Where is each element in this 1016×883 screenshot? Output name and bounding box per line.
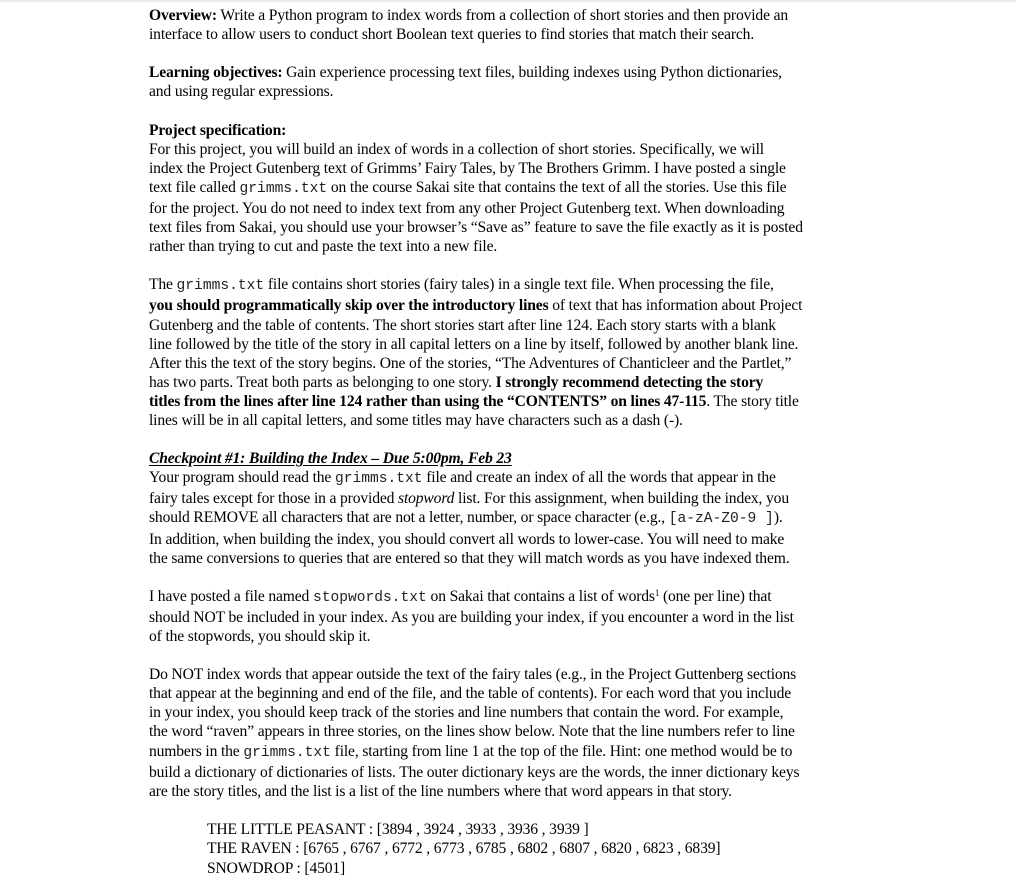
- objectives-paragraph: Learning objectives: Gain experience pro…: [149, 63, 879, 101]
- text: . The story title: [706, 393, 798, 410]
- text: ).: [774, 509, 783, 526]
- example-line: THE LITTLE PEASANT : [3894 , 3924 , 3933…: [207, 820, 879, 839]
- filename-code: grimms.txt: [335, 471, 423, 487]
- text: the word “raven” appears in three storie…: [149, 722, 879, 741]
- text: The: [149, 276, 177, 293]
- objectives-label: Learning objectives:: [149, 64, 282, 81]
- text: that appear at the beginning and end of …: [149, 684, 879, 703]
- spec-line: for the project. You do not need to inde…: [149, 199, 879, 218]
- text: in your index, you should keep track of …: [149, 703, 879, 722]
- text: of the stopwords, you should skip it.: [149, 627, 879, 646]
- text: file and create an index of all the word…: [423, 469, 776, 486]
- text: should NOT be included in your index. As…: [149, 608, 879, 627]
- text: fairy tales except for those in a provid…: [149, 490, 398, 507]
- overview-paragraph: Overview: Write a Python program to inde…: [149, 6, 879, 44]
- text: (one per line) that: [659, 588, 771, 605]
- spec-line: index the Project Gutenberg text of Grim…: [149, 159, 879, 178]
- text: Do NOT index words that appear outside t…: [149, 665, 879, 684]
- filename-code: grimms.txt: [243, 745, 331, 761]
- text: numbers in the: [149, 743, 243, 760]
- stopwords-paragraph: I have posted a file named stopwords.txt…: [149, 587, 879, 646]
- spec-paragraph: Project specification: For this project,…: [149, 121, 879, 257]
- spec-line: on the course Sakai site that contains t…: [327, 179, 786, 196]
- objectives-text-2: and using regular expressions.: [149, 82, 879, 101]
- text: In addition, when building the index, yo…: [149, 530, 879, 549]
- text: of text that has information about Proje…: [549, 297, 803, 314]
- document-page: Overview: Write a Python program to inde…: [149, 6, 879, 878]
- spec-line: text file called: [149, 179, 240, 196]
- overview-label: Overview:: [149, 7, 217, 24]
- filename-code: grimms.txt: [240, 181, 328, 197]
- emphasis-text: I strongly recommend detecting the story: [496, 374, 764, 391]
- emphasis-text: titles from the lines after line 124 rat…: [149, 393, 706, 410]
- filename-code: grimms.txt: [177, 278, 265, 294]
- stopword-italic: stopword: [398, 490, 454, 507]
- file-description-paragraph: The grimms.txt file contains short stori…: [149, 275, 879, 430]
- text: should REMOVE all characters that are no…: [149, 509, 669, 526]
- text: Gutenberg and the table of contents. The…: [149, 316, 879, 335]
- text: After this the text of the story begins.…: [149, 354, 879, 373]
- text: file, starting from line 1 at the top of…: [331, 743, 792, 760]
- text: build a dictionary of dictionaries of li…: [149, 763, 879, 782]
- spec-line: text files from Sakai, you should use yo…: [149, 218, 879, 237]
- objectives-text-1: Gain experience processing text files, b…: [282, 64, 781, 81]
- text: are the story titles, and the list is a …: [149, 782, 879, 801]
- example-line: SNOWDROP : [4501]: [207, 859, 879, 878]
- text: has two parts. Treat both parts as belon…: [149, 374, 496, 391]
- do-not-index-paragraph: Do NOT index words that appear outside t…: [149, 665, 879, 801]
- page-top-edge: [0, 0, 1016, 3]
- text: list. For this assignment, when building…: [454, 490, 789, 507]
- checkpoint-heading: Checkpoint #1: Building the Index – Due …: [149, 449, 879, 468]
- emphasis-text: you should programmatically skip over th…: [149, 297, 549, 314]
- text: line followed by the title of the story …: [149, 335, 879, 354]
- regex-code: [a-zA-Z0-9 ]: [669, 511, 774, 527]
- spec-line: For this project, you will build an inde…: [149, 140, 879, 159]
- text: Your program should read the: [149, 469, 335, 486]
- example-line: THE RAVEN : [6765 , 6767 , 6772 , 6773 ,…: [207, 839, 879, 858]
- spec-heading: Project specification:: [149, 121, 879, 140]
- checkpoint-paragraph: Checkpoint #1: Building the Index – Due …: [149, 449, 879, 568]
- text: I have posted a file named: [149, 588, 313, 605]
- raven-example-block: THE LITTLE PEASANT : [3894 , 3924 , 3933…: [207, 820, 879, 878]
- text: on Sakai that contains a list of words: [427, 588, 655, 605]
- overview-text-1: Write a Python program to index words fr…: [217, 7, 788, 24]
- spec-line: rather than trying to cut and paste the …: [149, 237, 879, 256]
- text: file contains short stories (fairy tales…: [264, 276, 774, 293]
- overview-text-2: interface to allow users to conduct shor…: [149, 25, 879, 44]
- text: the same conversions to queries that are…: [149, 549, 879, 568]
- filename-code: stopwords.txt: [313, 590, 427, 606]
- text: lines will be in all capital letters, an…: [149, 411, 879, 430]
